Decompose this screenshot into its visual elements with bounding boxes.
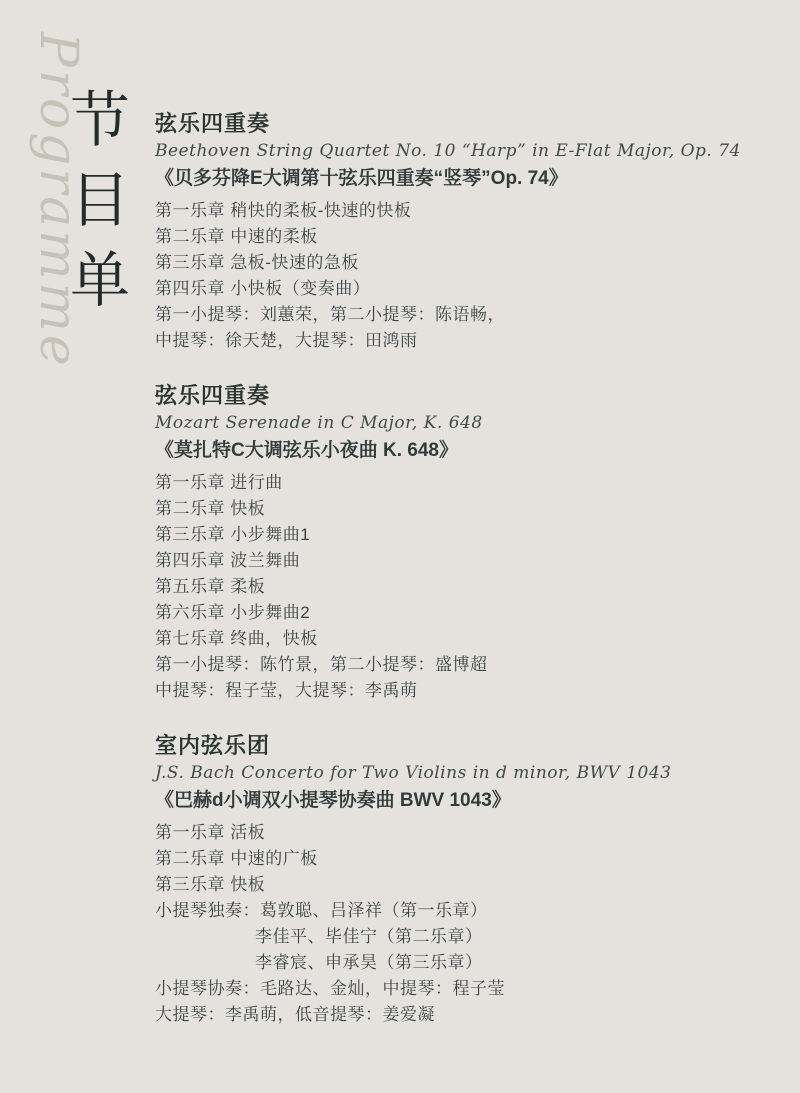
section-mozart-serenade: 弦乐四重奏 Mozart Serenade in C Major, K. 648… bbox=[155, 384, 765, 704]
performers-line: 李佳平、毕佳宁（第二乐章） bbox=[155, 924, 765, 950]
section-bach-concerto: 室内弦乐团 J.S. Bach Concerto for Two Violins… bbox=[155, 734, 765, 1028]
performers-line: 中提琴：程子莹，大提琴：李禹萌 bbox=[155, 678, 765, 704]
movement-line: 第二乐章 中速的广板 bbox=[155, 846, 765, 872]
performers-line: 第一小提琴：陈竹景，第二小提琴：盛博超 bbox=[155, 652, 765, 678]
performers-line: 小提琴协奏：毛路达、金灿，中提琴：程子莹 bbox=[155, 976, 765, 1002]
movement-line: 第三乐章 快板 bbox=[155, 872, 765, 898]
performers-line: 中提琴：徐天楚，大提琴：田鸿雨 bbox=[155, 328, 765, 354]
programme-content: 弦乐四重奏 Beethoven String Quartet No. 10 “H… bbox=[155, 112, 765, 1028]
movement-line: 第六乐章 小步舞曲2 bbox=[155, 600, 765, 626]
section-heading: 弦乐四重奏 bbox=[155, 384, 765, 408]
section-beethoven-quartet: 弦乐四重奏 Beethoven String Quartet No. 10 “H… bbox=[155, 112, 765, 354]
movement-line: 第四乐章 波兰舞曲 bbox=[155, 548, 765, 574]
section-heading: 室内弦乐团 bbox=[155, 734, 765, 758]
section-title-chinese: 《贝多芬降E大调第十弦乐四重奏“竖琴”Op. 74》 bbox=[155, 166, 765, 191]
programme-page: Programme 节目单 弦乐四重奏 Beethoven String Qua… bbox=[0, 0, 800, 1093]
section-title-chinese: 《巴赫d小调双小提琴协奏曲 BWV 1043》 bbox=[155, 788, 765, 813]
movement-line: 第三乐章 小步舞曲1 bbox=[155, 522, 765, 548]
performers-line: 小提琴独奏：葛敦聪、吕泽祥（第一乐章） bbox=[155, 898, 765, 924]
movement-line: 第五乐章 柔板 bbox=[155, 574, 765, 600]
section-subtitle-english: J.S. Bach Concerto for Two Violins in d … bbox=[155, 762, 765, 785]
movement-line: 第二乐章 快板 bbox=[155, 496, 765, 522]
movement-line: 第七乐章 终曲，快板 bbox=[155, 626, 765, 652]
movement-line: 第一乐章 进行曲 bbox=[155, 470, 765, 496]
movement-line: 第四乐章 小快板（变奏曲） bbox=[155, 276, 765, 302]
section-subtitle-english: Mozart Serenade in C Major, K. 648 bbox=[155, 412, 765, 435]
section-subtitle-english: Beethoven String Quartet No. 10 “Harp” i… bbox=[155, 140, 765, 163]
performers-line: 大提琴：李禹萌，低音提琴：姜爱凝 bbox=[155, 1002, 765, 1028]
movement-line: 第一乐章 活板 bbox=[155, 820, 765, 846]
movement-line: 第三乐章 急板-快速的急板 bbox=[155, 250, 765, 276]
section-title-chinese: 《莫扎特C大调弦乐小夜曲 K. 648》 bbox=[155, 438, 765, 463]
performers-line: 李睿宸、申承昊（第三乐章） bbox=[155, 950, 765, 976]
movement-line: 第二乐章 中速的柔板 bbox=[155, 224, 765, 250]
movement-line: 第一乐章 稍快的柔板-快速的快板 bbox=[155, 198, 765, 224]
section-heading: 弦乐四重奏 bbox=[155, 112, 765, 136]
page-title: 节目单 bbox=[62, 88, 128, 328]
performers-line: 第一小提琴：刘蕙荣，第二小提琴：陈语畅， bbox=[155, 302, 765, 328]
